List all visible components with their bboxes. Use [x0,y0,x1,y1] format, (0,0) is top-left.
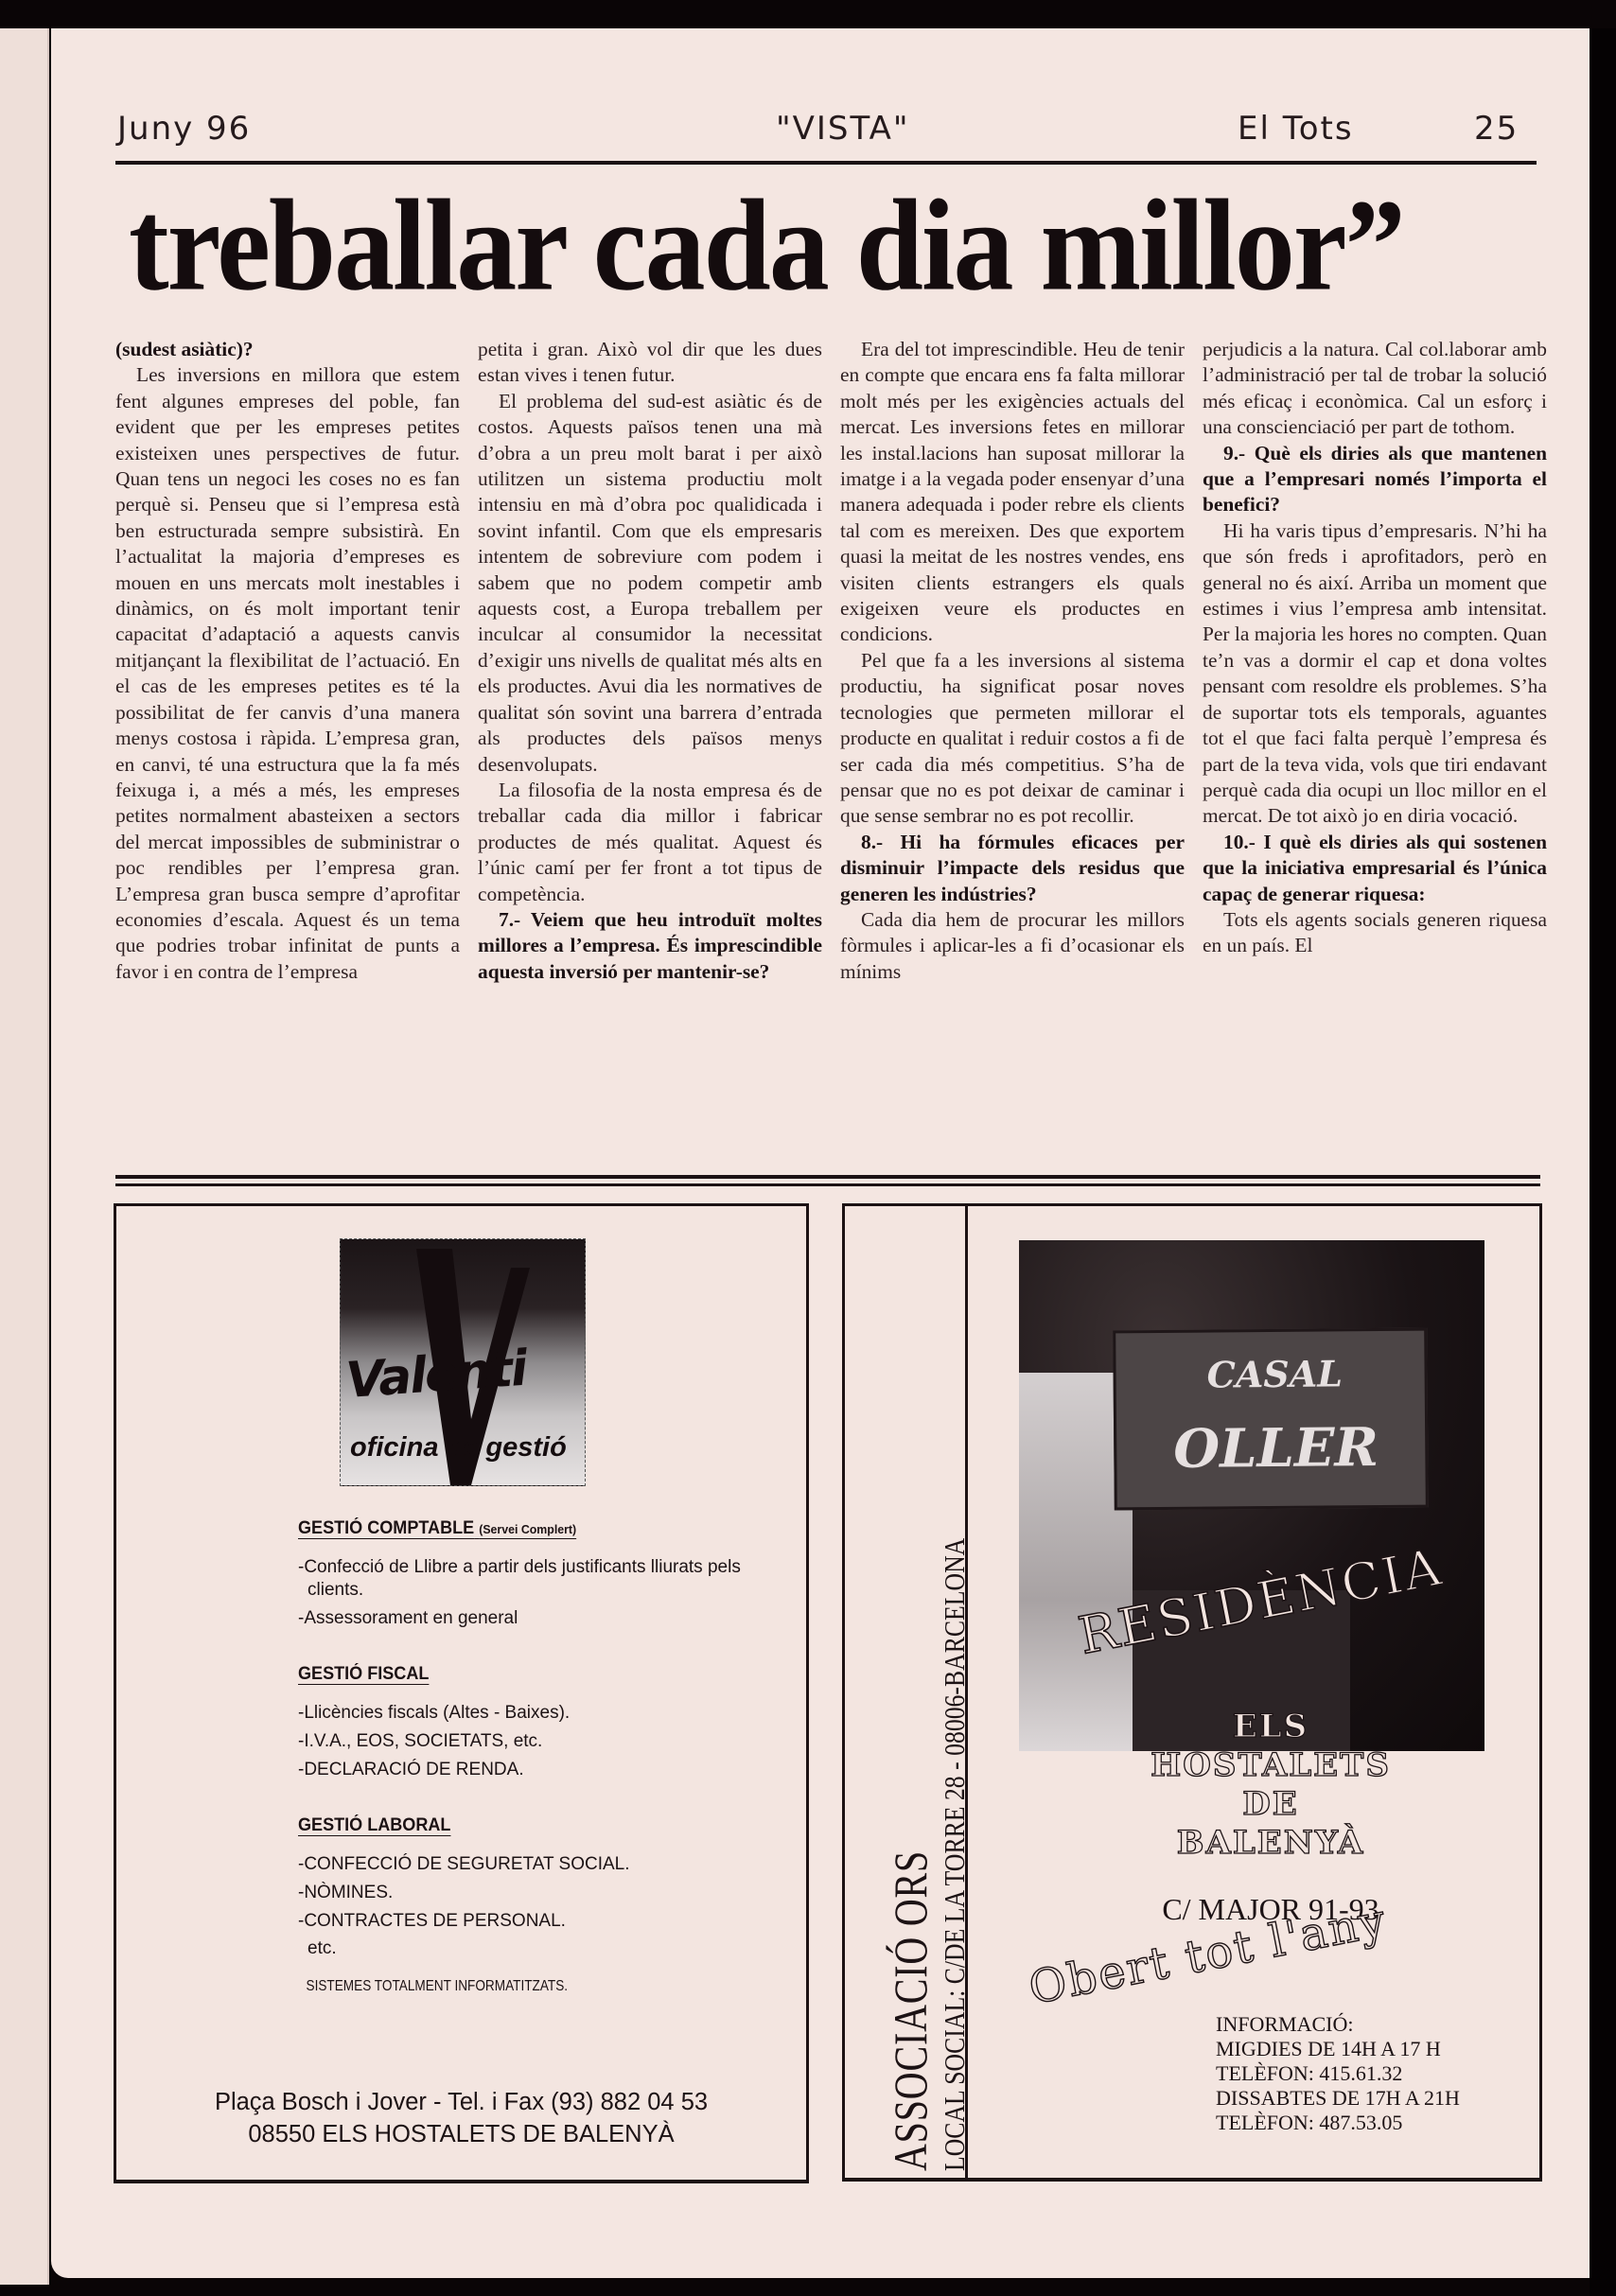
advert-valenti: Valenti oficina de gestió GESTIÓ COMPTAB… [114,1203,809,2183]
logo-tagline: oficina de gestió [350,1432,567,1463]
paragraph: Tots els agents socials generen riquesa … [1203,907,1547,959]
photo-sign: CASAL OLLER [1113,1328,1429,1511]
ors-address: LOCAL SOCIAL: C/DE LA TORRE 28 - 08006-B… [938,1538,972,2171]
interview-question: (sudest asiàtic)? [115,337,460,362]
paragraph: Era del tot imprescindible. Heu de tenir… [840,337,1185,648]
service-item: -I.V.A., EOS, SOCIETATS, etc. [298,1730,771,1753]
service-item: -NÒMINES. [298,1882,771,1904]
service-item: -DECLARACIÓ DE RENDA. [298,1759,771,1781]
page-number: 25 [1474,110,1519,148]
interview-question: 10.- I què els diries als qui sostenen q… [1203,830,1547,907]
info-heading: INFORMACIÓ: [1216,2012,1460,2037]
service-item: -Llicències fiscals (Altes - Baixes). [298,1702,771,1725]
valenti-address-phone: Plaça Bosch i Jover - Tel. i Fax (93) 88… [116,2086,806,2118]
paragraph: petita i gran. Això vol dir que les dues… [478,337,822,389]
systems-note: SISTEMES TOTALMENT INFORMATITZATS. [298,1978,700,1995]
paragraph: Pel que fa a les inversions al sistema p… [840,648,1185,830]
residence-name: ELS HOSTALETS DE BALENYÀ [987,1708,1555,1863]
advert-associacio-ors: ASSOCIACIÓ ORS LOCAL SOCIAL: C/DE LA TOR… [842,1203,1542,2182]
service-heading: GESTIÓ LABORAL [298,1815,747,1836]
residence-info: INFORMACIÓ: MIGDIES DE 14H A 17 H TELÈFO… [1216,2012,1460,2135]
interview-question: 8.- Hi ha fórmules eficaces per disminui… [840,830,1185,907]
article-column-1: (sudest asiàtic)?Les inversions en millo… [115,337,460,1124]
facing-page-edge [0,28,49,2285]
casal-oller-photo: CASAL OLLER [1019,1240,1484,1751]
ors-side-panel: ASSOCIACIÓ ORS LOCAL SOCIAL: C/DE LA TOR… [845,1206,968,2178]
valenti-logo: Valenti oficina de gestió [340,1238,586,1486]
info-line: MIGDIES DE 14H A 17 H [1216,2037,1460,2061]
ors-vertical-text: ASSOCIACIÓ ORS LOCAL SOCIAL: C/DE LA TOR… [856,1235,970,2171]
scan-border [1590,28,1616,2296]
paragraph: El problema del sud-est asiàtic és de co… [478,389,822,778]
section-divider [115,1175,1540,1186]
ors-title: ASSOCIACIÓ ORS [883,1850,938,2171]
info-line: DISSABTES DE 17H A 21H [1216,2086,1460,2111]
publication-name: El Tots [1238,110,1354,148]
service-heading: GESTIÓ FISCAL [298,1664,747,1685]
info-phone: TELÈFON: 415.61.32 [1216,2061,1460,2086]
section-name: "VISTA" [776,110,910,148]
article-column-2: petita i gran. Això vol dir que les dues… [478,337,822,1124]
article-body: (sudest asiàtic)?Les inversions en millo… [115,337,1540,1124]
paragraph: Cada dia hem de procurar les millors fòr… [840,907,1185,985]
article-headline: treballar cada dia millor” [129,168,1548,322]
service-group: GESTIÓ COMPTABLE (Servei Complert) -Conf… [298,1518,771,1630]
paragraph: Les inversions en millora que estem fent… [115,362,460,985]
services-list: GESTIÓ COMPTABLE (Servei Complert) -Conf… [298,1518,771,1995]
article-column-4: perjudicis a la natura. Cal col.laborar … [1203,337,1547,1124]
article-column-3: Era del tot imprescindible. Heu de tenir… [840,337,1185,1124]
service-item: -Confecció de Llibre a partir dels justi… [298,1556,771,1602]
interview-question: 7.- Veiem que heu introduït moltes millo… [478,907,822,985]
service-item: -CONTRACTES DE PERSONAL. [298,1910,771,1933]
interview-question: 9.- Què els diries als que mantenen que … [1203,441,1547,518]
running-head: Juny 96 "VISTA" El Tots 25 [117,110,1537,155]
service-group: GESTIÓ FISCAL -Llicències fiscals (Altes… [298,1664,771,1781]
issue-date: Juny 96 [117,110,251,148]
info-phone: TELÈFON: 487.53.05 [1216,2111,1460,2135]
service-group: GESTIÓ LABORAL -CONFECCIÓ DE SEGURETAT S… [298,1815,771,1995]
paragraph: La filosofia de la nosta empresa és de t… [478,778,822,907]
header-rule [115,161,1537,165]
valenti-postal-town: 08550 ELS HOSTALETS DE BALENYÀ [116,2118,806,2150]
valenti-contact: Plaça Bosch i Jover - Tel. i Fax (93) 88… [116,2086,806,2150]
service-item: -CONFECCIÓ DE SEGURETAT SOCIAL. [298,1853,771,1876]
paragraph: Hi ha varis tipus d’empresaris. N’hi ha … [1203,518,1547,830]
service-item: -Assessorament en general [298,1607,771,1630]
service-etc: etc. [298,1938,771,1959]
service-heading: GESTIÓ COMPTABLE (Servei Complert) [298,1518,747,1539]
paragraph: perjudicis a la natura. Cal col.laborar … [1203,337,1547,441]
